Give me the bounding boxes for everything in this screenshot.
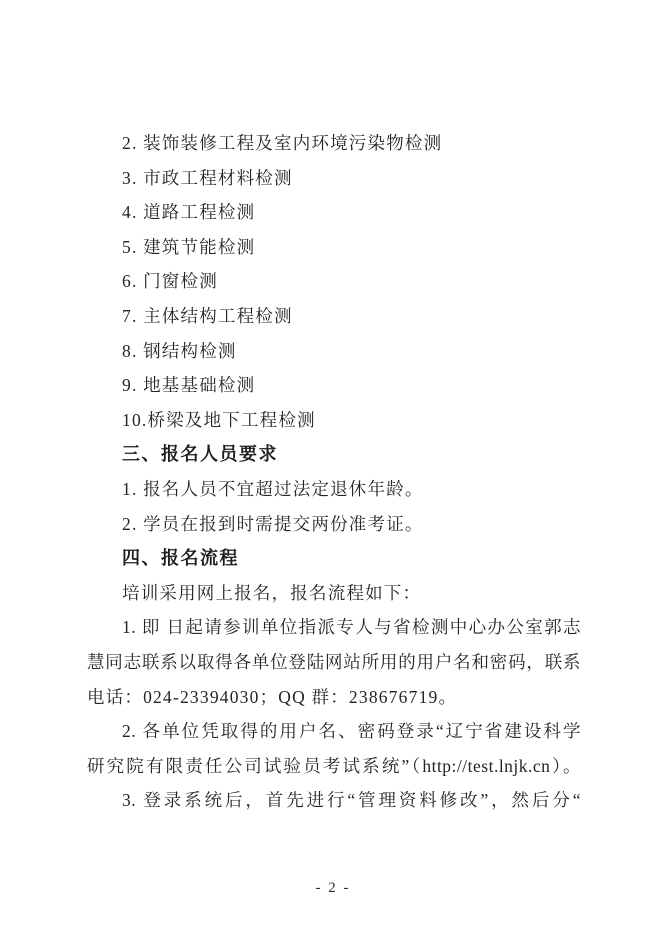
text-line: 1. 即 日起请参训单位指派专人与省检测中心办公室郭志 — [87, 610, 581, 645]
text-line: 培训采用网上报名，报名流程如下： — [87, 576, 581, 611]
text-line: 2. 装饰装修工程及室内环境污染物检测 — [87, 126, 581, 161]
text-line: 2. 各单位凭取得的用户名、密码登录“辽宁省建设科学 — [87, 714, 581, 749]
text-line: 6. 门窗检测 — [87, 264, 581, 299]
section-heading: 四、报名流程 — [87, 541, 581, 576]
page-number: - 2 - — [0, 880, 666, 897]
text-line: 10.桥梁及地下工程检测 — [87, 403, 581, 438]
document-body: 2. 装饰装修工程及室内环境污染物检测3. 市政工程材料检测4. 道路工程检测5… — [87, 126, 581, 818]
text-line: 2. 学员在报到时需提交两份准考证。 — [87, 507, 581, 542]
text-line: 3. 登录系统后，首先进行“管理资料修改”，然后分“ — [87, 783, 581, 818]
text-line: 研究院有限责任公司试验员考试系统”（http://test.lnjk.cn）。 — [87, 749, 581, 784]
text-line: 8. 钢结构检测 — [87, 334, 581, 369]
text-line: 1. 报名人员不宜超过法定退休年龄。 — [87, 472, 581, 507]
section-heading: 三、报名人员要求 — [87, 437, 581, 472]
text-line: 9. 地基基础检测 — [87, 368, 581, 403]
text-line: 电话：024-23394030；QQ 群：238676719。 — [87, 680, 581, 715]
text-line: 3. 市政工程材料检测 — [87, 161, 581, 196]
text-line: 7. 主体结构工程检测 — [87, 299, 581, 334]
text-line: 慧同志联系以取得各单位登陆网站所用的用户名和密码，联系 — [87, 645, 581, 680]
text-line: 5. 建筑节能检测 — [87, 230, 581, 265]
text-line: 4. 道路工程检测 — [87, 195, 581, 230]
document-page: 2. 装饰装修工程及室内环境污染物检测3. 市政工程材料检测4. 道路工程检测5… — [0, 0, 666, 941]
